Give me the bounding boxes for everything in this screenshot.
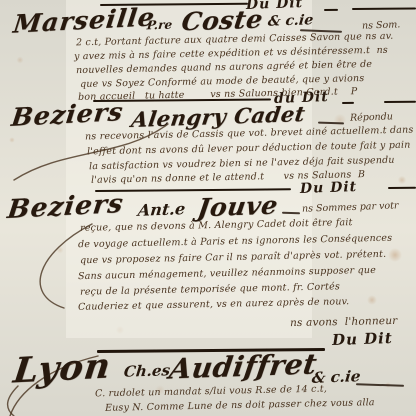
entry-place: Lyon	[11, 346, 113, 392]
separator-rule	[352, 7, 416, 10]
body-line: reçue, que ns devons à M. Alengry Cadet …	[80, 217, 353, 234]
heading-flourish-dash	[282, 212, 300, 214]
heading-flourish-dash	[356, 383, 404, 386]
entry-name-prefix: Ant.e	[137, 199, 186, 220]
entry-name: Coste	[180, 5, 265, 37]
entry-place: Marseille	[12, 2, 157, 38]
heading-flourish-dash	[318, 122, 344, 125]
entry-closing: ns avons l'honneur	[290, 315, 398, 329]
body-line: Cauderiez et que assurent, vs en aurez a…	[78, 296, 349, 313]
body-line: C. rudolet un mandat s/lui vous R.se de …	[95, 384, 327, 400]
separator-dash	[324, 9, 338, 11]
body-line: reçu de la présente temporisée que mont.…	[80, 281, 340, 297]
date-header: Du Dit	[300, 179, 358, 197]
entry-name-suffix: & c.ie	[267, 12, 314, 30]
entry-name-prefix: P.re	[146, 18, 173, 33]
date-header: Du Dit	[332, 329, 393, 349]
body-line: de voyage actuellem.t à Paris et ns igno…	[78, 233, 392, 251]
entry-name: Audiffret	[167, 347, 319, 385]
entry-place: Beziers	[6, 189, 126, 225]
entry-opener: ns Som.	[362, 19, 401, 31]
entry-opener: ns Sommes par votr	[302, 200, 399, 214]
entry-name: Jouve	[196, 191, 280, 223]
body-line: que vs proposez ns faire Car il ns paraî…	[80, 249, 386, 266]
entry-name-prefix: Ch.es	[123, 361, 171, 381]
separator-dash	[342, 102, 354, 104]
entry-place: Beziers	[10, 97, 125, 132]
manuscript-page: Du Dit Marseille P.re Coste & c.ie ns So…	[0, 0, 416, 416]
separator-rule	[384, 101, 416, 103]
separator-rule	[388, 187, 416, 189]
body-line: Sans aucun ménagement, veuillez néanmoin…	[78, 265, 376, 282]
entry-opener: Répondu	[350, 111, 393, 123]
body-line: Eusy N. Comme Lune de ns doit passer che…	[105, 397, 375, 414]
